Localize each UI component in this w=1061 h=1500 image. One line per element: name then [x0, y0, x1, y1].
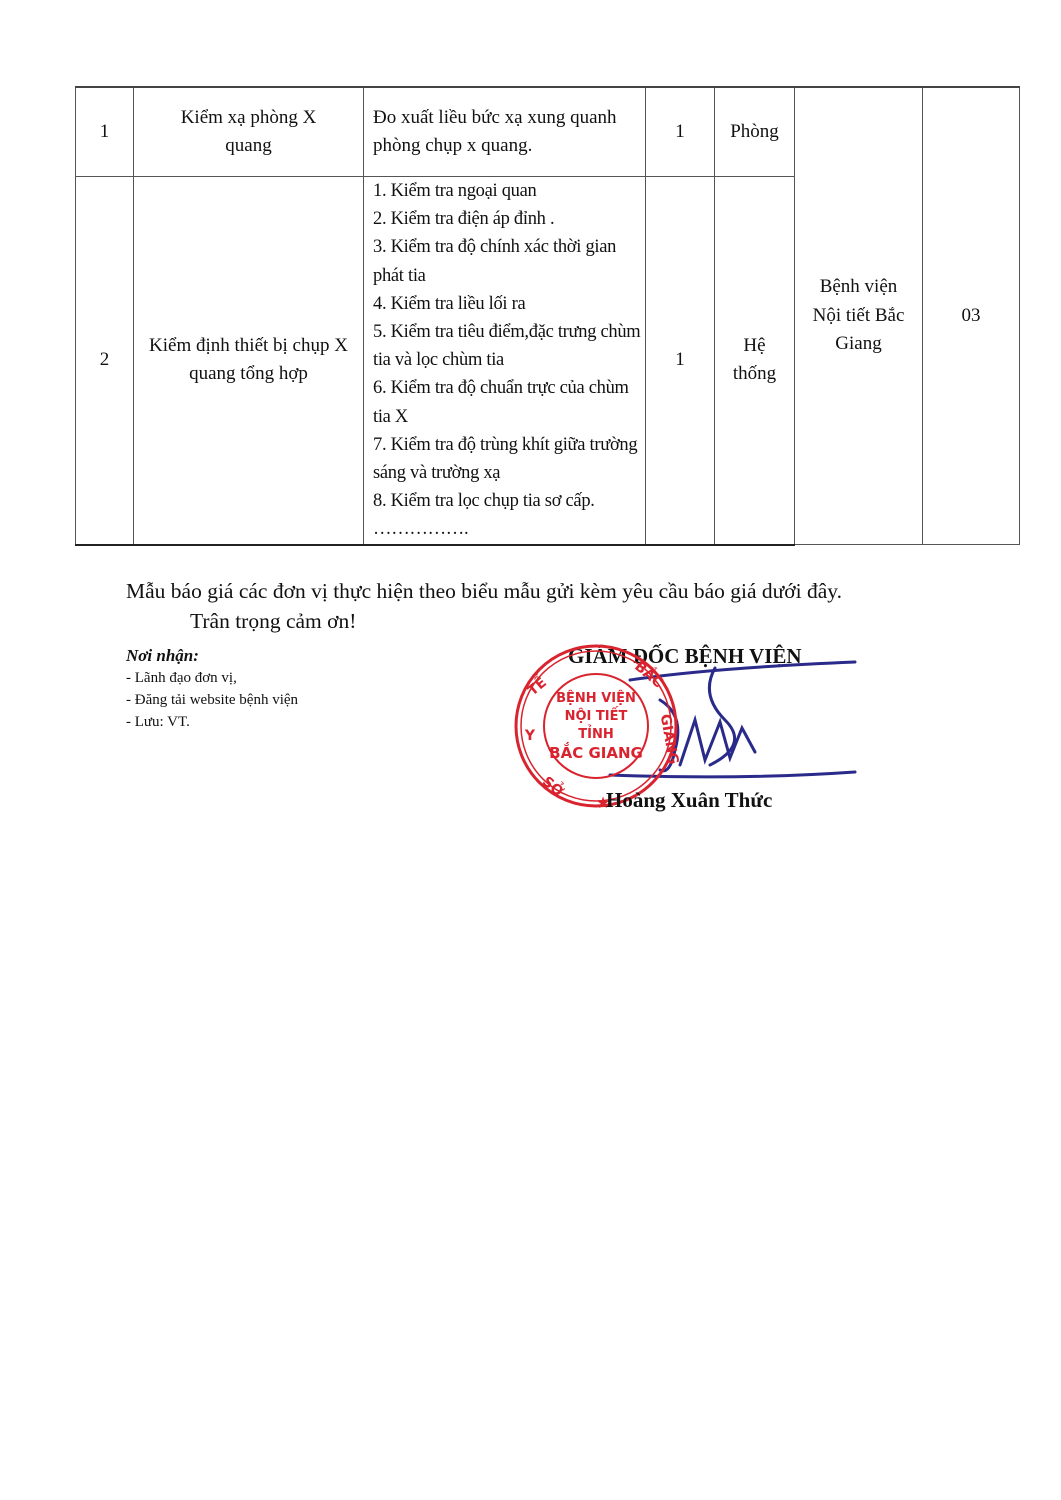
row-stt: 1: [76, 87, 134, 177]
row-unit: Hệ thống: [715, 177, 795, 545]
check-item: 3. Kiểm tra độ chính xác thời gian phát …: [373, 233, 645, 289]
recipients-block: Nơi nhận: - Lãnh đạo đơn vị, - Đăng tải …: [126, 645, 298, 733]
closing-line: Mẫu báo giá các đơn vị thực hiện theo bi…: [126, 576, 842, 606]
check-item: 5. Kiểm tra tiêu điểm,đặc trưng chùm tia…: [373, 318, 645, 374]
recipient-item: - Lãnh đạo đơn vị,: [126, 667, 298, 689]
svg-text:BẮC GIANG: BẮC GIANG: [549, 741, 643, 762]
signer-name: Hoàng Xuân Thức: [606, 788, 772, 813]
table-row: 1 Kiểm xạ phòng X quang Đo xuất liều bức…: [76, 87, 1020, 177]
check-item: 2. Kiểm tra điện áp đỉnh .: [373, 205, 645, 233]
service-table: 1 Kiểm xạ phòng X quang Đo xuất liều bức…: [75, 86, 1020, 546]
row-service-name: Kiểm định thiết bị chụp X quang tổng hợp: [134, 177, 364, 545]
signature-block: GIÁM ĐỐC BỆNH VIỆN BỆNH VIỆN NỘI TIẾT TỈ…: [510, 640, 890, 830]
recipient-item: - Đăng tải website bệnh viện: [126, 689, 298, 711]
count-cell: 03: [923, 87, 1020, 545]
check-item: 4. Kiểm tra liều lối ra: [373, 290, 645, 318]
svg-text:BỆNH VIỆN: BỆNH VIỆN: [556, 690, 636, 706]
check-item: 1. Kiểm tra ngoại quan: [373, 177, 645, 205]
row-description: 1. Kiểm tra ngoại quan 2. Kiểm tra điện …: [364, 177, 646, 545]
closing-text: Mẫu báo giá các đơn vị thực hiện theo bi…: [126, 576, 842, 636]
row-unit: Phòng: [715, 87, 795, 177]
recipient-item: - Lưu: VT.: [126, 711, 298, 733]
svg-text:GIANG: GIANG: [657, 713, 682, 766]
location-cell: Bệnh viện Nội tiết Bắc Giang: [795, 87, 923, 545]
check-item: 6. Kiểm tra độ chuẩn trực của chùm tia X: [373, 374, 645, 430]
check-item: 7. Kiểm tra độ trùng khít giữa trường sá…: [373, 431, 645, 487]
check-item: 8. Kiểm tra lọc chụp tia sơ cấp.: [373, 487, 645, 515]
svg-text:TỈNH: TỈNH: [578, 725, 613, 742]
recipients-heading: Nơi nhận:: [126, 645, 298, 667]
row-stt: 2: [76, 177, 134, 545]
row-service-name: Kiểm xạ phòng X quang: [134, 87, 364, 177]
svg-text:NỘI TIẾT: NỘI TIẾT: [565, 707, 628, 724]
svg-text:BẮC: BẮC: [631, 656, 668, 691]
ellipsis: …………….: [373, 515, 645, 543]
row-quantity: 1: [646, 177, 715, 545]
svg-text:Y: Y: [524, 728, 536, 744]
row-description: Đo xuất liều bức xạ xung quanh phòng chụ…: [364, 87, 646, 177]
thanks-line: Trân trọng cảm ơn!: [126, 606, 842, 636]
svg-text:SỞ: SỞ: [539, 771, 568, 800]
row-quantity: 1: [646, 87, 715, 177]
